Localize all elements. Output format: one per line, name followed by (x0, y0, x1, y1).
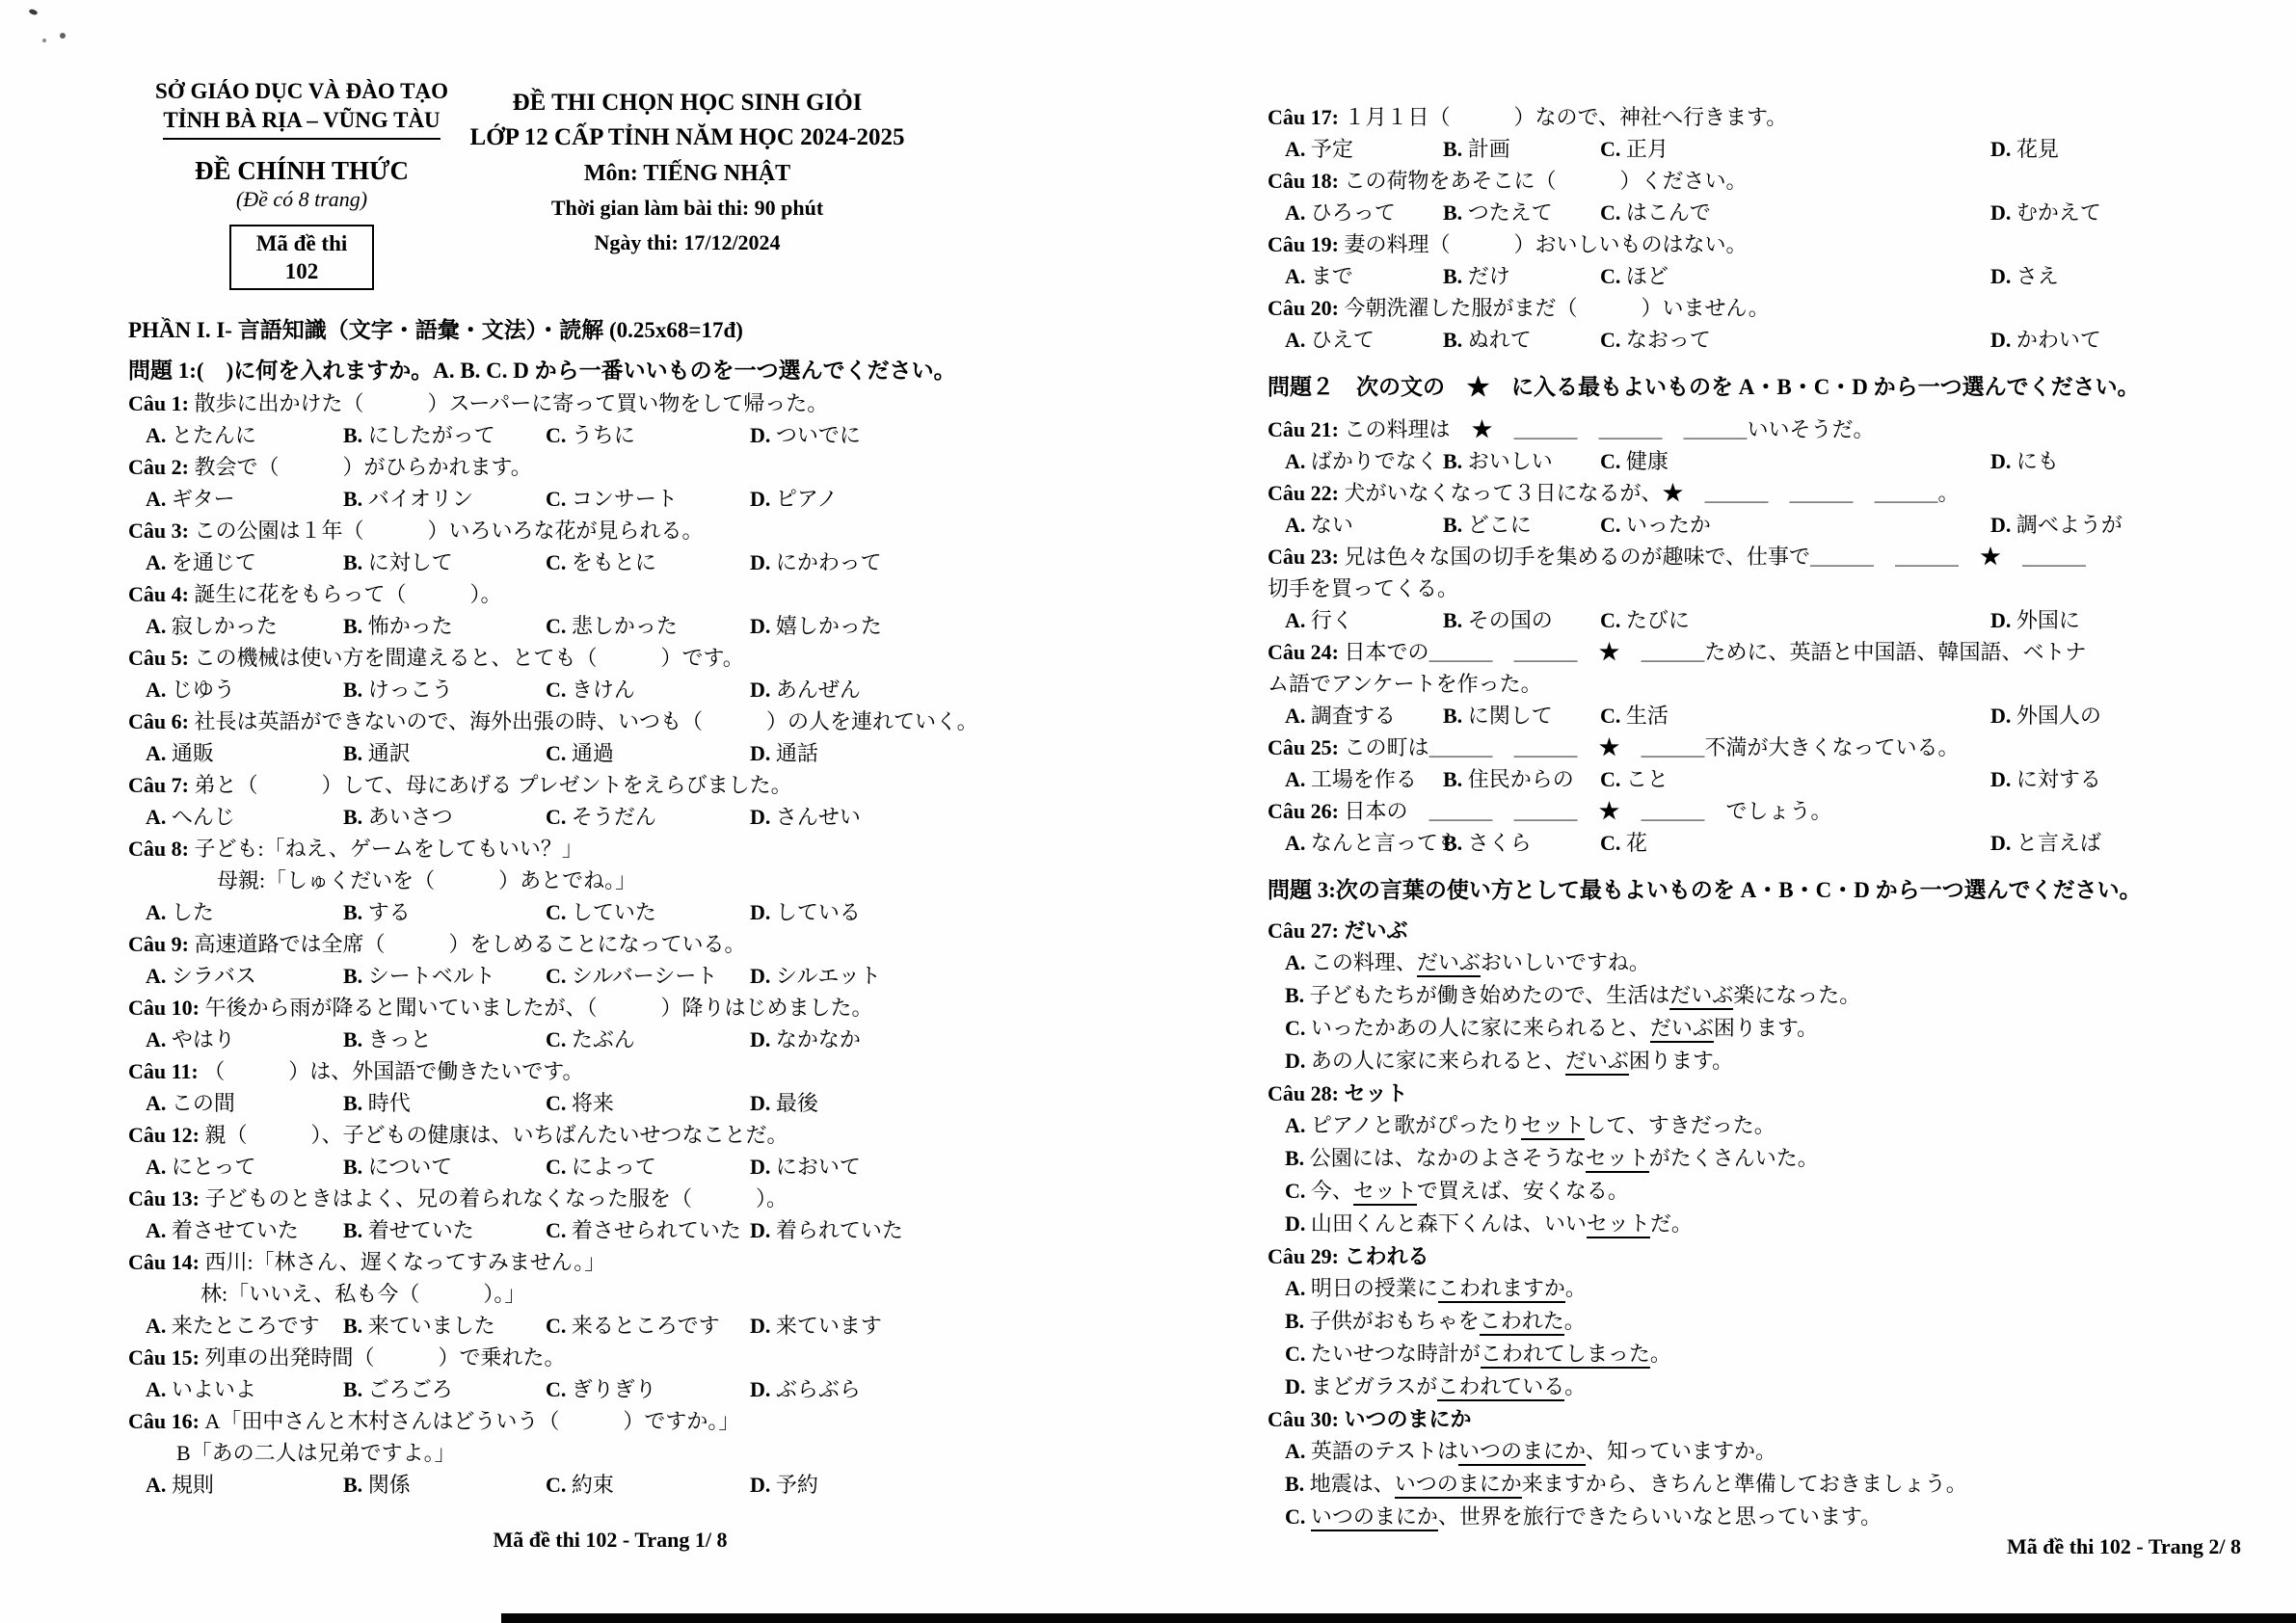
answer-option: A. まで (1285, 260, 1443, 292)
question-stem: Câu 24: 日本での＿＿＿ ＿＿＿ ★ ＿＿＿ために、英語と中国語、韓国語、… (1268, 636, 2241, 668)
question-number: Câu 23: (1268, 545, 1344, 569)
option-label: B. (343, 1377, 368, 1401)
question-number: Câu 22: (1268, 481, 1344, 505)
answer-option: B. つたえて (1443, 197, 1600, 228)
question: Câu 1: 散歩に出かけた（ ）スーパーに寄って買い物をして帰った。A. とた… (128, 387, 1092, 451)
option-label: A. (1285, 704, 1311, 728)
question: Câu 20: 今朝洗濯した服がまだ（ ）いません。A. ひえてB. ぬれてC.… (1268, 292, 2241, 356)
answer-option: B. ごろごろ (343, 1373, 546, 1405)
option-label: D. (1990, 137, 2016, 161)
options-row: A. を通じてB. に対してC. をもとにD. にかわって (146, 546, 1092, 578)
answer-option: D. 外国人の (1990, 700, 2241, 732)
option-text: 楽になった。 (1733, 983, 1860, 1007)
mondai3-instruction: 問題 3:次の言葉の使い方として最もよいものを A・B・C・D から一つ選んでく… (1268, 874, 2241, 907)
answer-option: D. 山田くんと森下くんは、いいセットだ。 (1285, 1208, 2241, 1240)
answer-option: B. 計画 (1443, 133, 1600, 165)
answer-option: D. ついでに (750, 419, 1092, 451)
answer-option: B. 関係 (343, 1469, 546, 1501)
option-label: B. (1443, 137, 1468, 161)
scan-artifact-dot (42, 39, 46, 42)
answer-option: A. じゆう (146, 674, 343, 705)
answer-option: D. 嬉しかった (750, 610, 1092, 642)
answer-option: C. 来るところです (546, 1310, 750, 1342)
question-stem: Câu 12: 親（ ）、子どもの健康は、いちばんたいせつなことだ。 (128, 1119, 1092, 1151)
option-label: D. (750, 900, 776, 924)
question-number: Câu 27: (1268, 918, 1344, 943)
answer-option: B. きっと (343, 1024, 546, 1055)
option-label: D. (750, 805, 776, 829)
question: Câu 12: 親（ ）、子どもの健康は、いちばんたいせつなことだ。A. にとっ… (128, 1119, 1092, 1183)
answer-option: D. において (750, 1151, 1092, 1183)
option-text-underlined: セット (1521, 1113, 1585, 1140)
question: Câu 27: だいぶA. この料理、だいぶおいしいですね。B. 子どもたちが働… (1268, 915, 2241, 1078)
option-text: 子どもたちが働き始めたので、生活は (1310, 983, 1670, 1007)
question-stem: Câu 19: 妻の料理（ ）おいしいものはない。 (1268, 228, 2241, 260)
question-number: Câu 6: (128, 709, 194, 733)
option-label: C. (1285, 1016, 1311, 1040)
option-text: がたくさんいた。 (1649, 1146, 1819, 1170)
options-row: A. やはりB. きっとC. たぶんD. なかなか (146, 1024, 1092, 1055)
question-number: Câu 15: (128, 1345, 204, 1370)
answer-option: C. ぎりぎり (546, 1373, 750, 1405)
question: Câu 10: 午後から雨が降ると聞いていましたが、（ ）降りはじめました。A.… (128, 992, 1092, 1055)
question-stem: Câu 20: 今朝洗濯した服がまだ（ ）いません。 (1268, 292, 2241, 324)
options-row: A. 予定B. 計画C. 正月D. 花見 (1285, 133, 2241, 165)
option-label: D. (750, 1377, 776, 1401)
question: Câu 25: この町は＿＿＿ ＿＿＿ ★ ＿＿＿不満が大きくなっている。A. … (1268, 732, 2241, 795)
option-label: B. (1285, 1146, 1310, 1170)
answer-option: C. ほど (1600, 260, 1990, 292)
option-text: この料理、 (1311, 950, 1417, 974)
official-exam-label: ĐỀ CHÍNH THỨC (128, 155, 475, 186)
options-row: A. ないB. どこにC. いったかD. 調べようが (1285, 509, 2241, 541)
option-label: C. (1285, 1504, 1311, 1529)
question: Câu 22: 犬がいなくなって３日になるが、★ ＿＿＿ ＿＿＿ ＿＿＿。A. … (1268, 477, 2241, 541)
question-stem: Câu 7: 弟と（ ）して、母にあげる プレゼントをえらびました。 (128, 769, 1092, 801)
option-text: 来ますから、きちんと準備しておきましょう。 (1522, 1472, 1967, 1496)
question-stem: Câu 17: １月１日（ ）なので、神社へ行きます。 (1268, 101, 2241, 133)
answer-option: B. 通訳 (343, 737, 546, 769)
option-label: D. (1990, 767, 2016, 791)
answer-option: D. 通話 (750, 737, 1092, 769)
option-label: C. (546, 805, 572, 829)
option-label: A. (146, 614, 172, 638)
scan-edge-band (501, 1613, 2296, 1623)
question: Câu 21: この料理は ★ ＿＿＿ ＿＿＿ ＿＿＿いいそうだ。A. ばかりで… (1268, 413, 2241, 477)
option-label: B. (343, 900, 368, 924)
option-label: B. (343, 487, 368, 511)
answer-option: D. あの人に家に来られると、だいぶ困ります。 (1285, 1045, 2241, 1078)
option-label: D. (750, 1314, 776, 1338)
option-label: A. (146, 1027, 172, 1051)
answer-option: A. ひえて (1285, 324, 1443, 356)
option-label: D. (750, 1473, 776, 1497)
answer-option: C. 花 (1600, 827, 1990, 859)
options-row: A. 工場を作るB. 住民からのC. ことD. に対する (1285, 763, 2241, 795)
option-label: C. (1600, 200, 1626, 225)
answer-option: B. その国の (1443, 604, 1600, 636)
answer-option: C. 着させられていた (546, 1214, 750, 1246)
question-number: Câu 14: (128, 1250, 204, 1274)
answer-option: C. 今、セットで買えば、安くなる。 (1285, 1175, 2241, 1208)
option-label: C. (1600, 704, 1626, 728)
question: Câu 16: A「田中さんと木村さんはどういう（ ）ですか。」B「あの二人は兄… (128, 1405, 1092, 1501)
option-label: C. (546, 1377, 572, 1401)
option-text: おいしいですね。 (1481, 950, 1650, 974)
answer-option: A. 着させていた (146, 1214, 343, 1246)
answer-option: D. かわいて (1990, 324, 2241, 356)
answer-option: B. おいしい (1443, 445, 1600, 477)
option-text: 、世界を旅行できたらいいなと思っています。 (1438, 1504, 1882, 1529)
option-label: C. (1600, 449, 1626, 473)
issuer-block: SỞ GIÁO DỤC VÀ ĐÀO TẠO TỈNH BÀ RỊA – VŨN… (128, 77, 475, 290)
answer-option: D. まどガラスがこわれている。 (1285, 1370, 2241, 1403)
option-label: C. (1600, 831, 1626, 855)
answer-option: D. あんぜん (750, 674, 1092, 705)
option-label: D. (750, 1218, 776, 1242)
answer-option: B. けっこう (343, 674, 546, 705)
answer-option: A. 明日の授業にこわれますか。 (1285, 1272, 2241, 1305)
option-label: A. (146, 741, 172, 765)
option-text: 山田くんと森下くんは、いい (1311, 1211, 1587, 1236)
options-row: A. この間B. 時代C. 将来D. 最後 (146, 1087, 1092, 1119)
question-number: Câu 29: (1268, 1244, 1344, 1268)
answer-option: C. きけん (546, 674, 750, 705)
option-text: 困ります。 (1714, 1016, 1818, 1040)
question-number: Câu 19: (1268, 232, 1344, 256)
question-stem: Câu 28: セット (1268, 1078, 2241, 1109)
answer-option: B. する (343, 896, 546, 928)
option-label: C. (1600, 767, 1626, 791)
answer-option: D. 来ています (750, 1310, 1092, 1342)
question: Câu 14: 西川:「林さん、遅くなってすみません。」林:「いいえ、私も今（ … (128, 1246, 1092, 1342)
page1-footer: Mã đề thi 102 - Trang 1/ 8 (128, 1528, 1092, 1553)
option-label: C. (546, 550, 572, 574)
question-number: Câu 26: (1268, 799, 1344, 823)
answer-option: C. そうだん (546, 801, 750, 833)
option-label: D. (1990, 264, 2016, 288)
answer-option: A. とたんに (146, 419, 343, 451)
question: Câu 15: 列車の出発時間（ ）で乗れた。A. いよいよB. ごろごろC. … (128, 1342, 1092, 1405)
option-label: D. (1990, 200, 2016, 225)
option-label: A. (1285, 264, 1311, 288)
answer-option: B. ぬれて (1443, 324, 1600, 356)
answer-option: B. 住民からの (1443, 763, 1600, 795)
answer-option: B. 公園には、なかのよさそうなセットがたくさんいた。 (1285, 1142, 2241, 1175)
question: Câu 23: 兄は色々な国の切手を集めるのが趣味で、仕事で＿＿＿ ＿＿＿ ★ … (1268, 541, 2241, 636)
answer-option: D. 着られていた (750, 1214, 1092, 1246)
question-number: Câu 12: (128, 1123, 204, 1147)
option-text: ピアノと歌がぴったり (1311, 1113, 1521, 1137)
answer-option: B. 着せていた (343, 1214, 546, 1246)
option-label: A. (1285, 608, 1311, 632)
option-label: C. (546, 1473, 572, 1497)
mondai2-instruction: 問題２ 次の文の ★ に入る最もよいものを A・B・C・D から一つ選んでくださ… (1268, 371, 2241, 404)
question-number: Câu 20: (1268, 296, 1344, 320)
option-label: D. (1990, 704, 2016, 728)
question-stem: Câu 18: この荷物をあそこに（ ）ください。 (1268, 165, 2241, 197)
answer-option: B. さくら (1443, 827, 1600, 859)
option-label: A. (1285, 950, 1311, 974)
answer-option: A. を通じて (146, 546, 343, 578)
option-label: A. (146, 900, 172, 924)
option-label: D. (1990, 831, 2016, 855)
question-stem: 林:「いいえ、私も今（ ）。」 (128, 1278, 1092, 1310)
question-stem: Câu 4: 誕生に花をもらって（ ）。 (128, 578, 1092, 610)
option-label: B. (1443, 767, 1468, 791)
question-number: Câu 5: (128, 646, 194, 670)
option-label: B. (343, 805, 368, 829)
option-text: 、知っていますか。 (1586, 1439, 1776, 1463)
question-stem: Câu 9: 高速道路では全席（ ）をしめることになっている。 (128, 928, 1092, 960)
question-stem: Câu 27: だいぶ (1268, 915, 2241, 946)
option-label: B. (343, 423, 368, 447)
option-label: C. (1600, 137, 1626, 161)
option-label: A. (1285, 1276, 1311, 1300)
option-text: いったかあの人に家に来られると、 (1311, 1016, 1650, 1040)
exam-code-box: Mã đề thi 102 (229, 225, 375, 290)
option-label: C. (546, 1314, 572, 1338)
answer-option: C. していた (546, 896, 750, 928)
option-label: A. (146, 423, 172, 447)
option-label: B. (1285, 983, 1310, 1007)
answer-option: A. シラバス (146, 960, 343, 992)
options-row: A. 通販B. 通訳C. 通過D. 通話 (146, 737, 1092, 769)
exam-title-line2: LỚP 12 CẤP TỈNH NĂM HỌC 2024-2025 (437, 120, 938, 156)
option-label: A. (1285, 831, 1311, 855)
question-number: Câu 2: (128, 455, 194, 479)
option-text-underlined: だいぶ (1417, 950, 1481, 977)
question: Câu 9: 高速道路では全席（ ）をしめることになっている。A. シラバスB.… (128, 928, 1092, 992)
answer-option: A. ピアノと歌がぴったりセットして、すきだった。 (1285, 1109, 2241, 1142)
option-text: 明日の授業に (1311, 1276, 1438, 1300)
option-label: D. (750, 487, 776, 511)
question-number: Câu 24: (1268, 640, 1344, 664)
options-row: A. したB. するC. していたD. している (146, 896, 1092, 928)
question-stem: Câu 3: この公園は１年（ ）いろいろな花が見られる。 (128, 515, 1092, 546)
answer-option: C. をもとに (546, 546, 750, 578)
option-label: B. (343, 964, 368, 988)
option-label: C. (546, 900, 572, 924)
target-word: いつのまにか (1344, 1407, 1471, 1431)
question-stem: Câu 22: 犬がいなくなって３日になるが、★ ＿＿＿ ＿＿＿ ＿＿＿。 (1268, 477, 2241, 509)
option-label: B. (1443, 831, 1468, 855)
question: Câu 19: 妻の料理（ ）おいしいものはない。A. までB. だけC. ほど… (1268, 228, 2241, 292)
option-label: C. (546, 964, 572, 988)
issuer-province-text: TỈNH BÀ RỊA – VŨNG TÀU (163, 106, 440, 140)
answer-option: D. に対する (1990, 763, 2241, 795)
question-stem: Câu 1: 散歩に出かけた（ ）スーパーに寄って買い物をして帰った。 (128, 387, 1092, 419)
answer-option: B. 来ていました (343, 1310, 546, 1342)
answer-option: B. シートベルト (343, 960, 546, 992)
question: Câu 5: この機械は使い方を間違えると、とても（ ）です。A. じゆうB. … (128, 642, 1092, 705)
question-number: Câu 17: (1268, 105, 1344, 129)
question-stem: 母親:「しゅくだいを（ ）あとでね。」 (128, 865, 1092, 896)
exam-code-label: Mã đề thi (256, 229, 348, 257)
question: Câu 30: いつのまにかA. 英語のテストはいつのまにか、知っていますか。B… (1268, 1403, 2241, 1533)
answer-option: B. 子供がおもちゃをこわれた。 (1285, 1305, 2241, 1338)
option-text-underlined: こわれた (1480, 1309, 1564, 1336)
option-text: 。 (1650, 1342, 1671, 1366)
question: Câu 26: 日本の ＿＿＿ ＿＿＿ ★ ＿＿＿ でしょう。A. なんと言って… (1268, 795, 2241, 859)
answer-option: C. いったかあの人に家に来られると、だいぶ困ります。 (1285, 1012, 2241, 1045)
options-row: A. へんじB. あいさつC. そうだんD. さんせい (146, 801, 1092, 833)
option-label: B. (343, 741, 368, 765)
answer-option: D. なかなか (750, 1024, 1092, 1055)
question-stem: Câu 11: （ ）は、外国語で働きたいです。 (128, 1055, 1092, 1087)
answer-option: D. 予約 (750, 1469, 1092, 1501)
options-row: A. じゆうB. けっこうC. きけんD. あんぜん (146, 674, 1092, 705)
answer-option: C. こと (1600, 763, 1990, 795)
option-label: B. (1443, 513, 1468, 537)
option-label: A. (146, 1091, 172, 1115)
answer-option: A. 調査する (1285, 700, 1443, 732)
option-label: D. (750, 614, 776, 638)
question-number: Câu 21: (1268, 417, 1344, 441)
option-label: A. (146, 1314, 172, 1338)
question-number: Câu 16: (128, 1409, 204, 1433)
answer-option: C. 通過 (546, 737, 750, 769)
option-label: D. (750, 1155, 776, 1179)
answer-option: C. いったか (1600, 509, 1990, 541)
option-label: C. (546, 487, 572, 511)
options-row: A. 来たところですB. 来ていましたC. 来るところですD. 来ています (146, 1310, 1092, 1342)
option-label: A. (1285, 137, 1311, 161)
question-number: Câu 30: (1268, 1407, 1344, 1431)
option-label: A. (146, 1473, 172, 1497)
option-label: A. (146, 964, 172, 988)
answer-option: C. たいせつな時計がこわれてしまった。 (1285, 1338, 2241, 1370)
answer-option: A. 英語のテストはいつのまにか、知っていますか。 (1285, 1435, 2241, 1468)
option-label: D. (750, 741, 776, 765)
answer-option: A. 規則 (146, 1469, 343, 1501)
option-text: まどガラスが (1311, 1374, 1437, 1398)
answer-option: B. について (343, 1151, 546, 1183)
option-label: A. (1285, 767, 1311, 791)
option-label: C. (546, 678, 572, 702)
answer-option: C. シルバーシート (546, 960, 750, 992)
option-text-underlined: こわれますか (1438, 1276, 1565, 1303)
option-label: C. (1600, 264, 1626, 288)
answer-option: C. 生活 (1600, 700, 1990, 732)
option-text: 地震は、 (1310, 1472, 1395, 1496)
answer-option: D. 花見 (1990, 133, 2241, 165)
answer-option: A. にとって (146, 1151, 343, 1183)
option-label: B. (343, 550, 368, 574)
question-list-page1: Câu 1: 散歩に出かけた（ ）スーパーに寄って買い物をして帰った。A. とた… (128, 387, 1092, 1501)
answer-option: B. にしたがって (343, 419, 546, 451)
question-stem: Câu 5: この機械は使い方を間違えると、とても（ ）です。 (128, 642, 1092, 674)
answer-option: C. なおって (1600, 324, 1990, 356)
question-stem: Câu 15: 列車の出発時間（ ）で乗れた。 (128, 1342, 1092, 1373)
answer-option: C. コンサート (546, 483, 750, 515)
option-text: 。 (1565, 1276, 1587, 1300)
answer-option: C. 将来 (546, 1087, 750, 1119)
option-text: 公園には、なかのよさそうな (1310, 1146, 1586, 1170)
option-text-underlined: セット (1587, 1211, 1650, 1238)
question-stem: B「あの二人は兄弟ですよ。」 (128, 1437, 1092, 1469)
option-label: A. (1285, 1439, 1311, 1463)
option-label: B. (1285, 1472, 1310, 1496)
option-label: D. (1990, 328, 2016, 352)
answer-option: A. ひろって (1285, 197, 1443, 228)
answer-option: D. と言えば (1990, 827, 2241, 859)
question-number: Câu 18: (1268, 169, 1344, 193)
question-stem: Câu 29: こわれる (1268, 1240, 2241, 1272)
option-text-underlined: いつのまにか (1395, 1472, 1522, 1499)
exam-title-line1: ĐỀ THI CHỌN HỌC SINH GIỎI (437, 87, 938, 120)
option-label: A. (1285, 200, 1311, 225)
answer-option: D. むかえて (1990, 197, 2241, 228)
question-list-mondai3: Câu 27: だいぶA. この料理、だいぶおいしいですね。B. 子どもたちが働… (1268, 915, 2241, 1533)
option-text: で買えば、安くなる。 (1417, 1179, 1629, 1203)
option-label: B. (343, 614, 368, 638)
title-block: ĐỀ THI CHỌN HỌC SINH GIỎI LỚP 12 CẤP TỈN… (437, 87, 938, 260)
options-row: A. とたんにB. にしたがってC. うちにD. ついでに (146, 419, 1092, 451)
options-row: A. 着させていたB. 着せていたC. 着させられていたD. 着られていた (146, 1214, 1092, 1246)
option-label: C. (1285, 1179, 1311, 1203)
answer-option: D. している (750, 896, 1092, 928)
option-label: C. (546, 741, 572, 765)
option-text-underlined: セット (1586, 1146, 1649, 1173)
answer-option: A. ない (1285, 509, 1443, 541)
question: Câu 17: １月１日（ ）なので、神社へ行きます。A. 予定B. 計画C. … (1268, 101, 2241, 165)
option-label: D. (750, 1091, 776, 1115)
answer-option: C. たびに (1600, 604, 1990, 636)
answer-option: B. バイオリン (343, 483, 546, 515)
answer-option: A. へんじ (146, 801, 343, 833)
option-label: D. (1990, 513, 2016, 537)
option-label: A. (146, 550, 172, 574)
question: Câu 8: 子ども:「ねえ、ゲームをしてもいい？」母親:「しゅくだいを（ ）あ… (128, 833, 1092, 928)
part1-heading: PHẦN I. I- 言語知識（文字・語彙・文法）・読解 (0.25x68=17… (128, 314, 1092, 347)
answer-option: D. にかわって (750, 546, 1092, 578)
option-label: A. (146, 678, 172, 702)
question-number: Câu 11: (128, 1059, 203, 1083)
option-label: D. (1285, 1374, 1311, 1398)
question-stem: Câu 14: 西川:「林さん、遅くなってすみません。」 (128, 1246, 1092, 1278)
question-stem: Câu 23: 兄は色々な国の切手を集めるのが趣味で、仕事で＿＿＿ ＿＿＿ ★ … (1268, 541, 2241, 572)
options-row: A. までB. だけC. ほどD. さえ (1285, 260, 2241, 292)
question: Câu 24: 日本での＿＿＿ ＿＿＿ ★ ＿＿＿ために、英語と中国語、韓国語、… (1268, 636, 2241, 732)
options-row: A. にとってB. についてC. によってD. において (146, 1151, 1092, 1183)
scan-artifact-dot (60, 33, 66, 39)
scan-artifact-dot (28, 9, 38, 16)
question-stem: Câu 16: A「田中さんと木村さんはどういう（ ）ですか。」 (128, 1405, 1092, 1437)
option-label: D. (750, 550, 776, 574)
answer-option: A. した (146, 896, 343, 928)
scanned-exam-sheet: SỞ GIÁO DỤC VÀ ĐÀO TẠO TỈNH BÀ RỊA – VŨN… (0, 0, 2296, 1623)
answer-option: B. どこに (1443, 509, 1600, 541)
answer-option: D. シルエット (750, 960, 1092, 992)
option-text: して、すきだった。 (1585, 1113, 1775, 1137)
option-label: D. (750, 423, 776, 447)
answer-option: D. 調べようが (1990, 509, 2241, 541)
answer-option: B. に関して (1443, 700, 1600, 732)
answer-option: B. 地震は、いつのまにか来ますから、きちんと準備しておきましょう。 (1285, 1468, 2241, 1501)
options-row: A. 行くB. その国のC. たびにD. 外国に (1285, 604, 2241, 636)
answer-option: D. さんせい (750, 801, 1092, 833)
option-text: だ。 (1650, 1211, 1693, 1236)
answer-option: C. はこんで (1600, 197, 1990, 228)
answer-option: D. ぶらぶら (750, 1373, 1092, 1405)
option-label: C. (546, 1155, 572, 1179)
exam-subject: Môn: TIẾNG NHẬT (437, 156, 938, 191)
option-label: B. (1443, 449, 1468, 473)
option-label: A. (146, 1377, 172, 1401)
option-text-underlined: だいぶ (1565, 1049, 1629, 1076)
answer-option: C. によって (546, 1151, 750, 1183)
